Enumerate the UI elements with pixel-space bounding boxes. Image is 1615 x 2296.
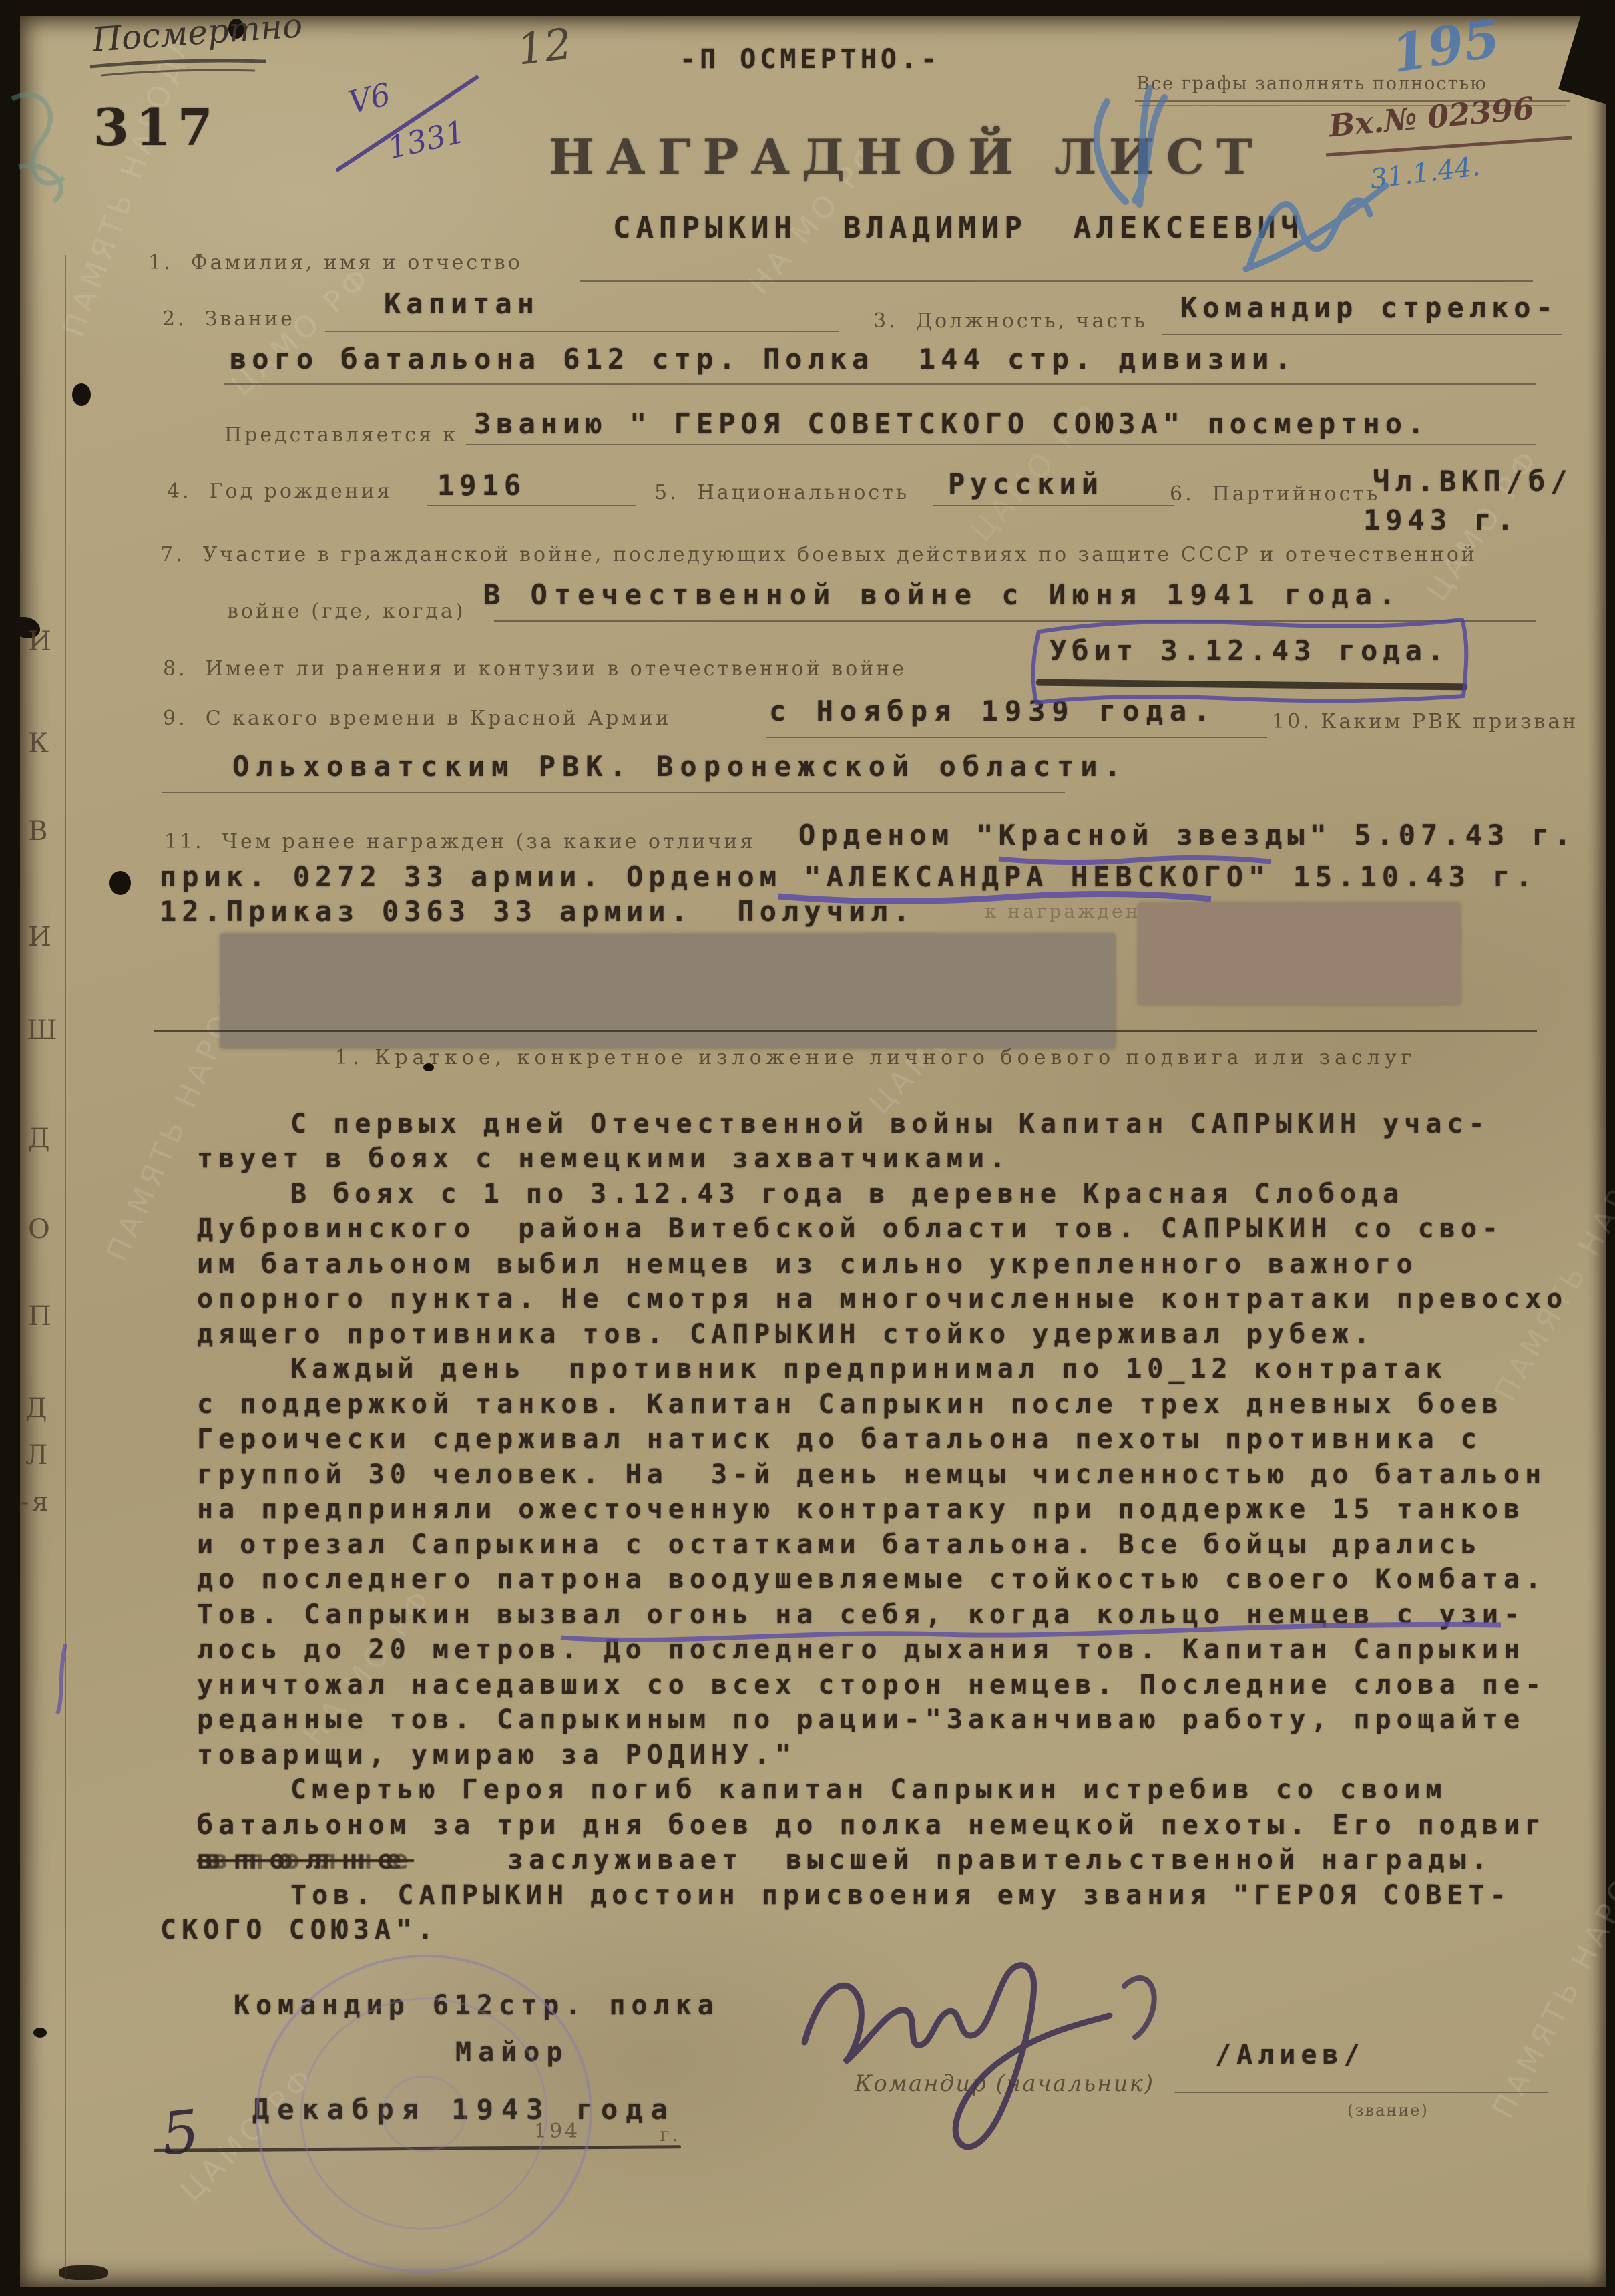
margin-letter: -я <box>20 1487 51 1517</box>
feat-struck-word: вполне <box>197 1845 414 1875</box>
field-name-value: САПРЫКИН ВЛАДИМИР АЛЕКСЕЕВИЧ <box>613 211 1304 245</box>
feat-line: В боях с 1 по 3.12.43 года в деревне Кра… <box>290 1179 1404 1209</box>
margin-letter: И <box>28 626 54 657</box>
feat-line: батальоном за три дня боев до полка неме… <box>197 1810 1546 1841</box>
feat-line: Героически сдерживал натиск до батальона… <box>197 1424 1482 1455</box>
feat-line: до последнего патрона воодушевляемые сто… <box>197 1564 1546 1595</box>
feat-line: лось до 20 метров. До последнего дыхания… <box>197 1634 1525 1665</box>
party-label: 6. Партийность <box>1170 482 1380 506</box>
field-rank-value: Капитан <box>384 287 539 320</box>
commander-title-line: Командир 612стр. полка <box>234 1990 720 2021</box>
date-day-handwritten: 5 <box>158 2096 202 2168</box>
birth-year-value: 1916 <box>437 469 526 502</box>
margin-letter: П <box>28 1301 54 1332</box>
prior-awards-value-line1: Орденом "Красной звезды" 5.07.43 г. <box>798 819 1576 851</box>
feat-line: с поддержкой танков. Капитан Сапрыкин по… <box>197 1389 1504 1420</box>
field-name-label: 1. Фамилия, имя и отчество <box>148 251 523 274</box>
army-since-value: с Ноября 1939 года. <box>769 695 1216 727</box>
margin-letter: В <box>28 816 50 847</box>
nationality-label: 5. Национальность <box>654 481 909 504</box>
prior-awards-label: 11. Чем ранее награжден (за какие отличи… <box>164 830 755 853</box>
field-rank-label: 2. Звание <box>162 307 295 331</box>
nominated-label: Представляется к <box>224 423 458 447</box>
feat-line: дящего противника тов. САПРЫКИН стойко у… <box>197 1319 1375 1350</box>
ink-blot <box>33 2028 47 2038</box>
margin-letter: Д <box>25 1393 50 1424</box>
nominated-value: Званию " ГЕРОЯ СОВЕТСКОГО СОЮЗА" посмерт… <box>474 407 1429 440</box>
feat-line: товарищи, умираю за РОДИНУ." <box>197 1740 796 1770</box>
feat-line: твует в боях с немецкими захватчиками. <box>197 1143 1011 1174</box>
war-participation-value: В Отечественной войне с Июня 1941 года. <box>483 578 1402 611</box>
commander-rank-line: Майор <box>455 2037 569 2068</box>
form-margin-line <box>65 255 66 2281</box>
feat-line: Тов. САПРЫКИН достоин присвоения ему зва… <box>290 1880 1512 1911</box>
signer-role-printed: Командир (начальник) <box>855 2070 1154 2097</box>
section-separator-line <box>154 1030 1537 1032</box>
feat-line: СКОГО СОЮЗА". <box>160 1915 439 1945</box>
ink-blot <box>109 871 131 895</box>
posthumous-typed-heading: -П ОСМЕРТНО.- <box>680 44 941 75</box>
margin-letter: К <box>28 728 51 759</box>
rvk-value: Ольховатским РВК. Воронежской области. <box>232 750 1128 783</box>
feat-line: Тов. Сапрыкин вызвал огонь на себя, когд… <box>197 1599 1525 1630</box>
margin-letter: Л <box>25 1440 50 1471</box>
feat-line: реданные тов. Сапрыкиным по рации-"Закан… <box>197 1704 1525 1735</box>
sheet-number-stamp: 317 <box>93 98 220 157</box>
ink-blot <box>72 383 91 406</box>
party-value-line2: 1943 г. <box>1363 504 1519 536</box>
field-position-value: Командир стрелко- <box>1180 291 1558 324</box>
feat-section-title: 1. Краткое, конкретное изложение личного… <box>335 1046 1416 1069</box>
date-typed: Декабря 1943 года <box>252 2093 676 2126</box>
prior-awards-value-line2: прик. 0272 33 армии. Орденом "АЛЕКСАНДРА… <box>160 860 1538 893</box>
rank-caption-printed: (звание) <box>1347 2101 1429 2120</box>
printed-year: 194 <box>534 2120 580 2143</box>
birth-year-label: 4. Год рождения <box>167 480 393 503</box>
army-since-label: 9. С какого времени в Красной Армии <box>163 707 672 730</box>
feat-line: заслуживает высшей правительственной наг… <box>507 1845 1493 1875</box>
pencil-number: 12 <box>515 19 575 75</box>
field-position-label: 3. Должность, часть <box>873 309 1148 333</box>
feat-line: уничтожал наседавших со всех сторон немц… <box>197 1670 1546 1700</box>
feat-line: им батальоном выбил немцев из сильно укр… <box>197 1249 1418 1280</box>
nationality-value: Русский <box>948 467 1104 500</box>
party-value: Чл.ВКП/б/ <box>1373 465 1573 498</box>
printed-year-suffix: г. <box>660 2124 681 2146</box>
feat-line: С первых дней Отечественной войны Капита… <box>290 1109 1490 1139</box>
feat-line: и отрезал Сапрыкина с остатками батальон… <box>197 1529 1482 1560</box>
document-title: НАГРАДНОЙ ЛИСТ <box>549 128 1264 185</box>
prior-awards-value-line3: 12.Приказ 0363 33 армии. Получил. <box>160 895 915 928</box>
signer-name-typed: /Алиев/ <box>1215 2040 1365 2070</box>
margin-letter: Д <box>28 1123 53 1154</box>
rvk-label: 10. Каким РВК призван <box>1272 710 1578 733</box>
field-position-value-line2: вого батальона 612 стр. Полка 144 стр. д… <box>230 343 1297 375</box>
war-participation-label-line2: войне (где, когда) <box>227 600 466 623</box>
feat-line: Смертью Героя погиб капитан Сапрыкин ист… <box>290 1774 1447 1805</box>
feat-line: опорного пункта. Не смотря на многочисле… <box>197 1284 1568 1314</box>
feat-line: Дубровинского района Витебской области т… <box>197 1213 1504 1244</box>
ink-blot <box>59 2265 108 2280</box>
feat-line: на предприняли ожесточенную контратаку п… <box>197 1494 1525 1525</box>
war-participation-label: 7. Участие в гражданской войне, последую… <box>160 543 1477 566</box>
margin-letter: Ш <box>27 1015 60 1046</box>
scanned-award-sheet: ПАМЯТЬ НАРОДА ЦАМО РФ НА МО РФ ЦАМО РФ П… <box>0 0 1615 2296</box>
wounds-value: Убит 3.12.43 года. <box>1050 634 1449 667</box>
wounds-label: 8. Имеет ли ранения и контузии в отечест… <box>163 657 907 681</box>
margin-letter: О <box>28 1214 53 1245</box>
redaction-block <box>1138 903 1460 1004</box>
feat-line: группой 30 человек. На 3-й день немцы чи… <box>197 1459 1546 1490</box>
margin-letter: И <box>28 922 54 952</box>
feat-line: Каждый день противник предпринимал по 10… <box>290 1354 1447 1384</box>
